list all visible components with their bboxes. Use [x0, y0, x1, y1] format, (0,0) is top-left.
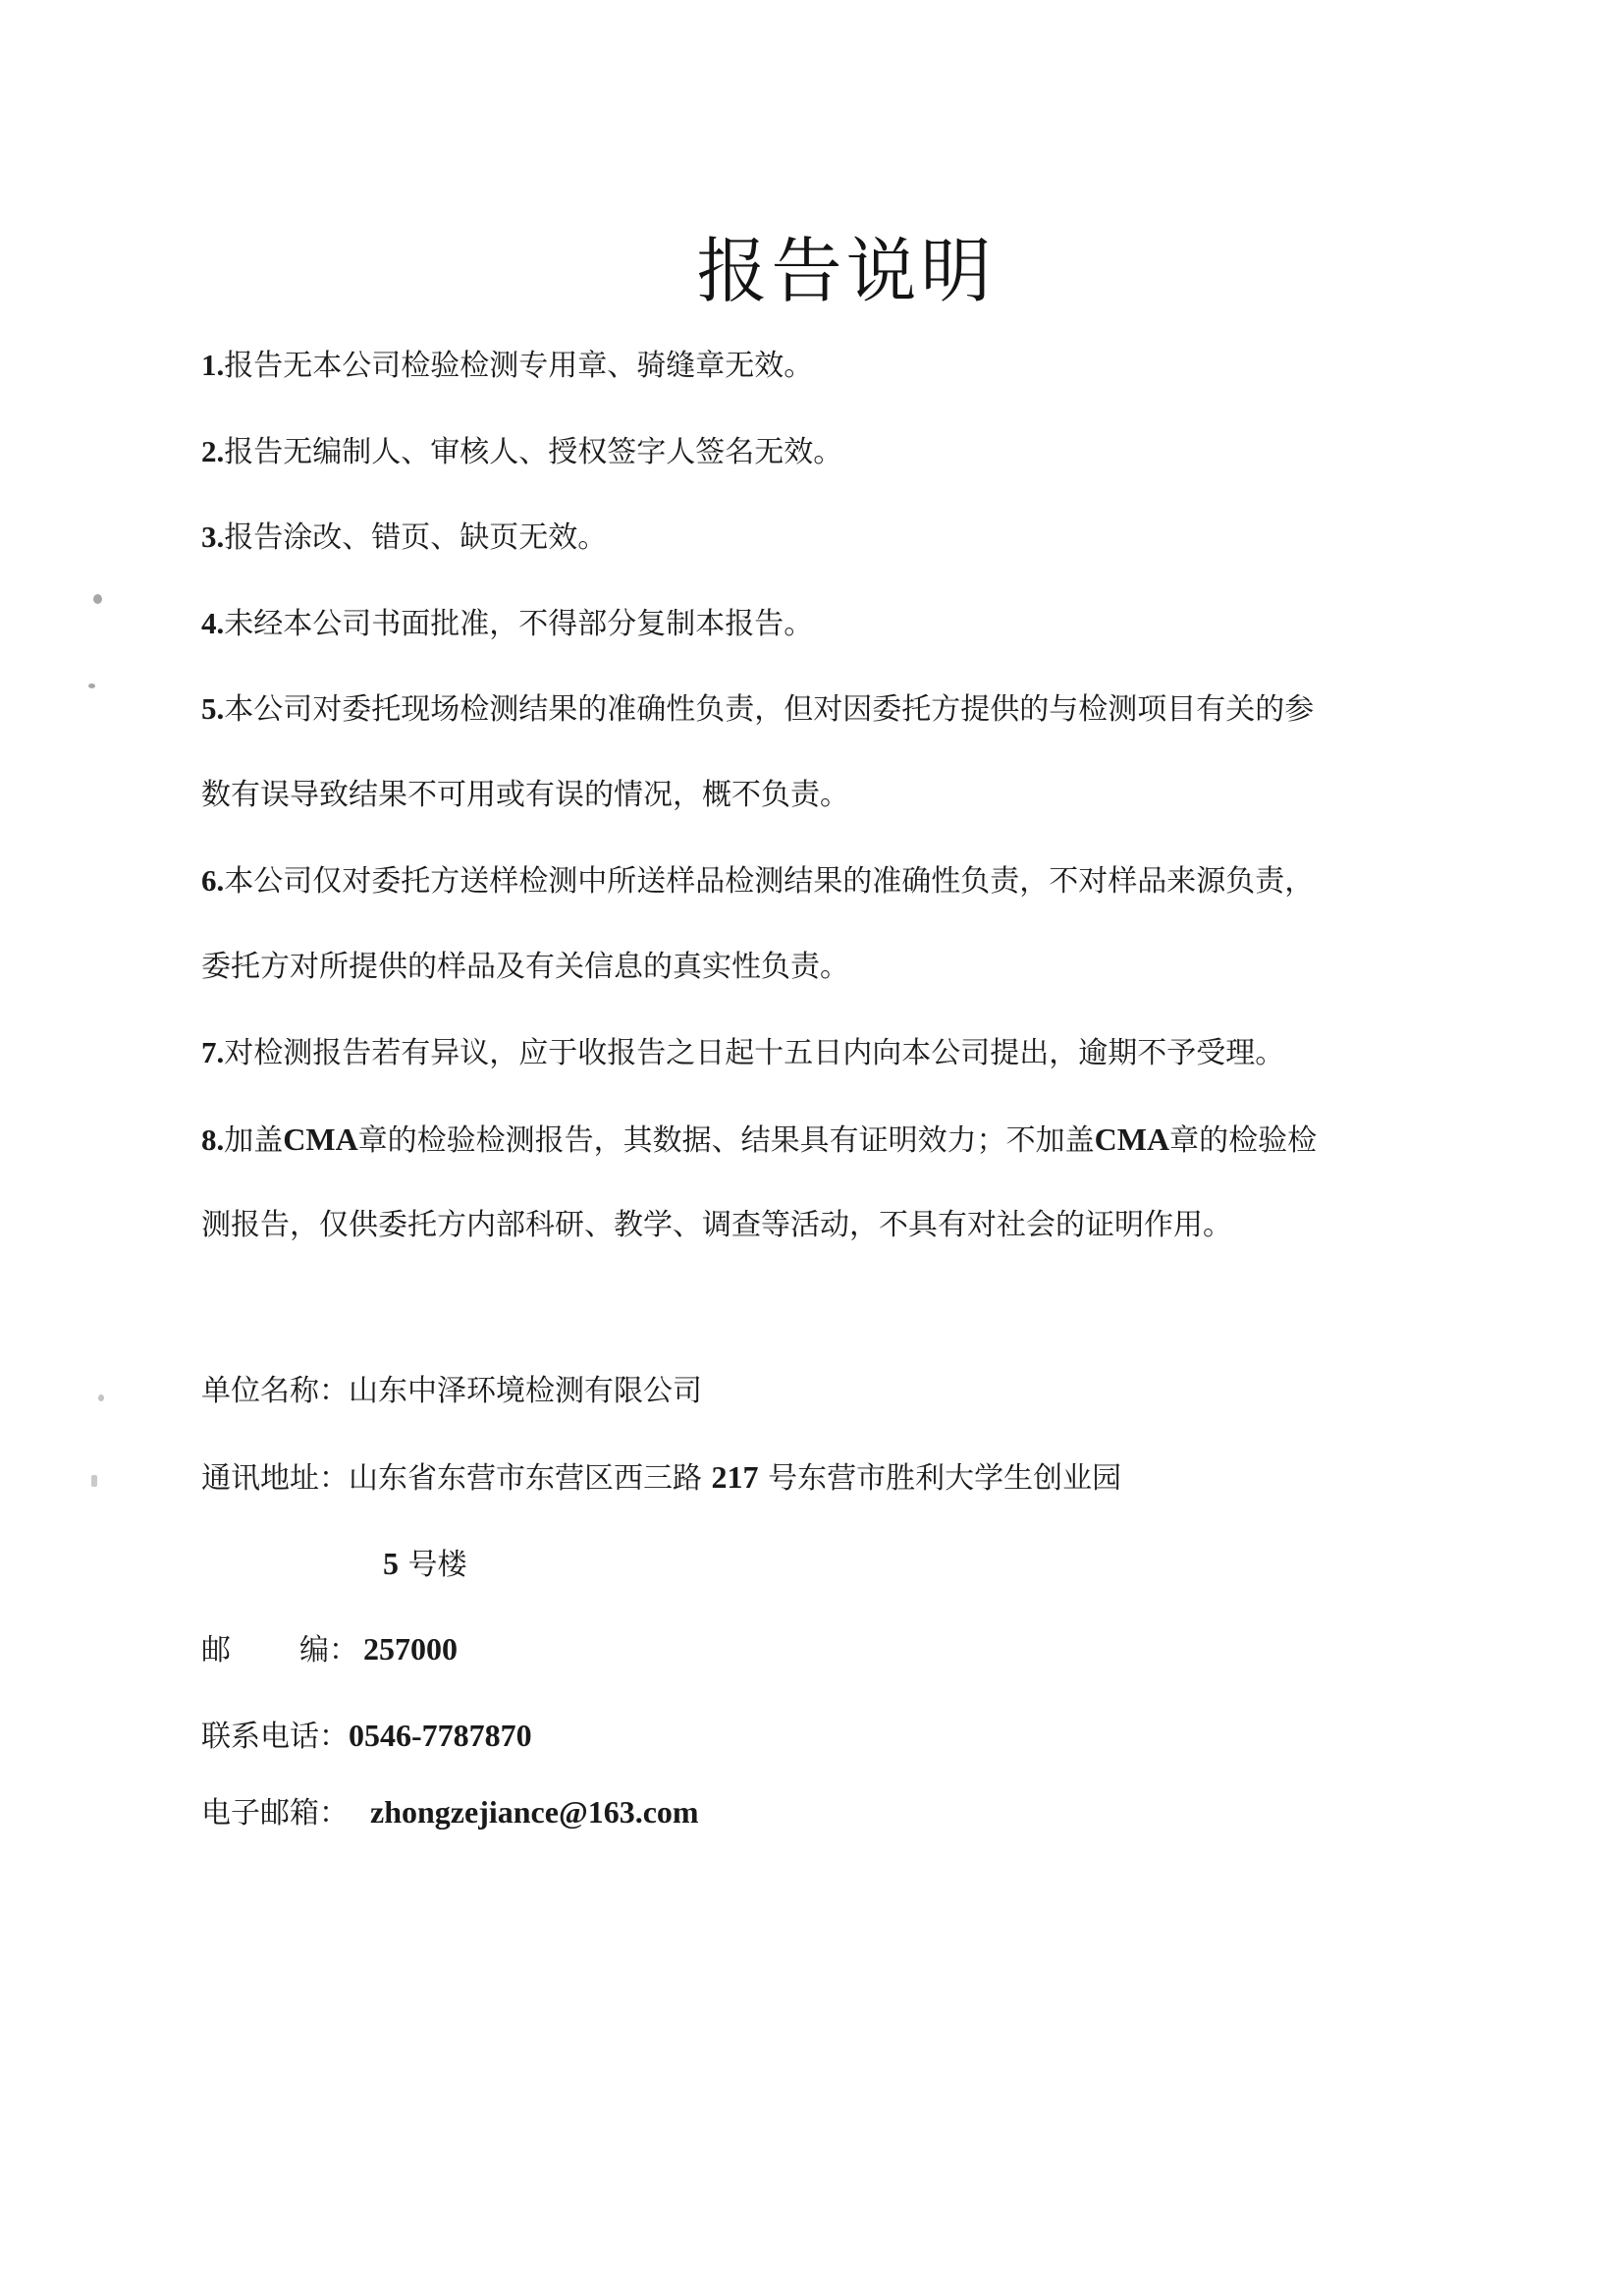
postal-code-value: 257000 [363, 1631, 458, 1667]
company-name-row: 单位名称：山东中泽环境检测有限公司 [201, 1372, 702, 1411]
address-row: 通讯地址：山东省东营市东营区西三路 217 号东营市胜利大学生创业园 [201, 1457, 1121, 1499]
clause-3: 3.报告涂改、错页、缺页无效。 [201, 518, 607, 558]
address-label: 通讯地址： [201, 1459, 349, 1499]
clause-6-line-1: 6.本公司仅对委托方送样检测中所送样品检测结果的准确性负责，不对样品来源负责， [201, 861, 1314, 902]
address-value-part2: 号东营市胜利大学生创业园 [768, 1461, 1121, 1496]
clause-4: 4.未经本公司书面批准，不得部分复制本报告。 [201, 604, 813, 644]
clause-number: 6. [201, 863, 224, 898]
clause-5-line-1: 5.本公司对委托现场检测结果的准确性负责，但对因委托方提供的与检测项目有关的参 [201, 689, 1314, 730]
clause-text: 章的检验检测报告，其数据、结果具有证明效力；不加盖 [358, 1123, 1095, 1158]
clause-text: 报告无本公司检验检测专用章、骑缝章无效。 [224, 349, 813, 383]
phone-value: 0546-7787870 [349, 1718, 532, 1753]
address-value-part1: 山东省东营市东营区西三路 [349, 1461, 702, 1496]
page-title: 报告说明 [0, 214, 1623, 316]
scan-speck [98, 1394, 104, 1401]
email-label: 电子邮箱： [201, 1794, 349, 1833]
email-value: zhongzejiance@163.com [370, 1794, 699, 1830]
company-name-value: 山东中泽环境检测有限公司 [349, 1374, 702, 1408]
clause-text: 章的检验检 [1169, 1123, 1317, 1158]
building-text: 号楼 [408, 1548, 467, 1582]
clause-text: 报告无编制人、审核人、授权签字人签名无效。 [224, 435, 842, 469]
postal-label-char-2: 编： [299, 1633, 358, 1667]
clause-number: 4. [201, 606, 224, 640]
email-row: 电子邮箱：zhongzejiance@163.com [201, 1792, 699, 1833]
clause-text: 数有误导致结果不可用或有误的情况，概不负责。 [201, 778, 849, 812]
clause-8-line-2: 测报告，仅供委托方内部科研、教学、调查等活动，不具有对社会的证明作用。 [201, 1206, 1232, 1245]
clause-number: 8. [201, 1122, 224, 1157]
clause-8-line-1: 8.加盖CMA章的检验检测报告，其数据、结果具有证明效力；不加盖CMA章的检验检 [201, 1120, 1317, 1161]
clause-text: 本公司仅对委托方送样检测中所送样品检测结果的准确性负责，不对样品来源负责， [224, 864, 1314, 899]
clause-5-line-2: 数有误导致结果不可用或有误的情况，概不负责。 [201, 776, 849, 815]
postal-code-label: 邮编： [201, 1631, 363, 1670]
postal-label-char-1: 邮 [201, 1631, 299, 1670]
clause-text: 报告涂改、错页、缺页无效。 [224, 520, 607, 555]
clause-number: 7. [201, 1035, 224, 1069]
clause-text: 未经本公司书面批准，不得部分复制本报告。 [224, 607, 813, 641]
clause-7: 7.对检测报告若有异议，应于收报告之日起十五日内向本公司提出，逾期不予受理。 [201, 1033, 1284, 1073]
address-row-2: 5 号楼 [383, 1544, 467, 1585]
phone-row: 联系电话：0546-7787870 [201, 1716, 532, 1757]
building-number: 5 [383, 1546, 399, 1581]
clause-text: 对检测报告若有异议，应于收报告之日起十五日内向本公司提出，逾期不予受理。 [224, 1036, 1284, 1070]
cma-mark: CMA [283, 1121, 357, 1157]
clause-number: 2. [201, 434, 224, 468]
address-number: 217 [712, 1459, 759, 1495]
clause-6-line-2: 委托方对所提供的样品及有关信息的真实性负责。 [201, 948, 849, 987]
scan-speck [93, 594, 102, 604]
clause-text: 本公司对委托现场检测结果的准确性负责，但对因委托方提供的与检测项目有关的参 [224, 692, 1314, 727]
clause-number: 3. [201, 519, 224, 554]
clause-number: 1. [201, 348, 224, 382]
postal-code-row: 邮编：257000 [201, 1629, 458, 1670]
clause-number: 5. [201, 691, 224, 726]
scan-speck [91, 1475, 97, 1487]
clause-text: 加盖 [224, 1123, 283, 1158]
cma-mark: CMA [1095, 1121, 1169, 1157]
phone-label: 联系电话： [201, 1718, 349, 1757]
clause-1: 1.报告无本公司检验检测专用章、骑缝章无效。 [201, 346, 813, 386]
clause-2: 2.报告无编制人、审核人、授权签字人签名无效。 [201, 432, 842, 472]
company-name-label: 单位名称： [201, 1372, 349, 1411]
clause-text: 委托方对所提供的样品及有关信息的真实性负责。 [201, 950, 849, 984]
clause-text: 测报告，仅供委托方内部科研、教学、调查等活动，不具有对社会的证明作用。 [201, 1208, 1232, 1242]
scan-speck [88, 683, 95, 688]
